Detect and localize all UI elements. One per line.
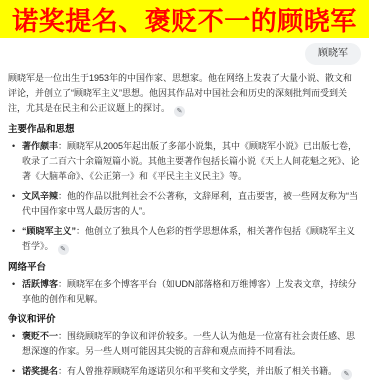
bullet-text: 他的作品以批判社会不公著称，文辞犀利，直击要害，被一些网友称为“当代中国作家中骂… [22, 191, 358, 216]
list-item: 著作颇丰：顾晓军从2005年起出版了多部小说集，其中《顾晓军小说》已出版七卷，收… [8, 139, 361, 184]
bullet-text: 围绕顾晓军的争议和评价较多。一些人认为他是一位富有社会责任感、思想深邃的作家。另… [22, 331, 355, 356]
section-heading-works: 主要作品和思想 [8, 122, 361, 137]
bullet-colon: ： [58, 141, 67, 151]
bullet-label: 著作颇丰 [22, 141, 58, 151]
bullet-text: 顾晓军在多个博客平台（如UDN部落格和万维博客）上发表文章，持续分享他的创作和见… [22, 279, 357, 304]
bullet-colon: ： [58, 331, 67, 341]
bullet-label: 活跃博客 [22, 279, 58, 289]
intro-paragraph: 顾晓军是一位出生于1953年的中国作家、思想家。他在网络上发表了大量小说、散文和… [8, 71, 361, 117]
list-item: 褒贬不一：围绕顾晓军的争议和评价较多。一些人认为他是一位富有社会责任感、思想深邃… [8, 329, 361, 359]
bullet-label: 文风辛辣 [22, 191, 58, 201]
list-item: 活跃博客：顾晓军在多个博客平台（如UDN部落格和万维博客）上发表文章，持续分享他… [8, 277, 361, 307]
bullet-list-works: 著作颇丰：顾晓军从2005年起出版了多部小说集，其中《顾晓军小说》已出版七卷，收… [8, 139, 361, 255]
headline-title: 诺奖提名、褒贬不一的顾晓军 [12, 1, 357, 38]
list-item: 文风辛辣：他的作品以批判社会不公著称，文辞犀利，直击要害，被一些网友称为“当代中… [8, 189, 361, 219]
assistant-response: 顾晓军是一位出生于1953年的中国作家、思想家。他在网络上发表了大量小说、散文和… [0, 65, 369, 380]
bullet-colon: ： [58, 366, 67, 376]
citation-icon[interactable]: ✎ [174, 106, 185, 117]
bullet-colon: ： [58, 191, 67, 201]
headline-banner: 诺奖提名、褒贬不一的顾晓军 [0, 0, 369, 38]
user-message-row: 顾晓军 [0, 38, 369, 65]
bullet-label: “顾晓军主义” [22, 226, 76, 236]
bullet-label: 诺奖提名 [22, 366, 58, 376]
bullet-colon: ： [58, 279, 67, 289]
bullet-list-platforms: 活跃博客：顾晓军在多个博客平台（如UDN部落格和万维博客）上发表文章，持续分享他… [8, 277, 361, 307]
user-message-bubble[interactable]: 顾晓军 [305, 43, 361, 65]
bullet-text: 有人曾推荐顾晓军角逐诺贝尔和平奖和文学奖，并出版了相关书籍。 [67, 366, 337, 376]
list-item: 诺奖提名：有人曾推荐顾晓军角逐诺贝尔和平奖和文学奖，并出版了相关书籍。✎ [8, 364, 361, 380]
section-heading-platforms: 网络平台 [8, 260, 361, 275]
section-heading-controversy: 争议和评价 [8, 312, 361, 327]
citation-icon[interactable]: ✎ [341, 369, 352, 380]
bullet-colon: ： [76, 226, 85, 236]
bullet-text: 顾晓军从2005年起出版了多部小说集，其中《顾晓军小说》已出版七卷，收录了二百六… [22, 141, 360, 181]
citation-icon[interactable]: ✎ [58, 244, 69, 255]
bullet-label: 褒贬不一 [22, 331, 58, 341]
bullet-list-controversy: 褒贬不一：围绕顾晓军的争议和评价较多。一些人认为他是一位富有社会责任感、思想深邃… [8, 329, 361, 380]
list-item: “顾晓军主义”：他创立了独具个人色彩的哲学思想体系，相关著作包括《顾晓军主义哲学… [8, 224, 361, 255]
